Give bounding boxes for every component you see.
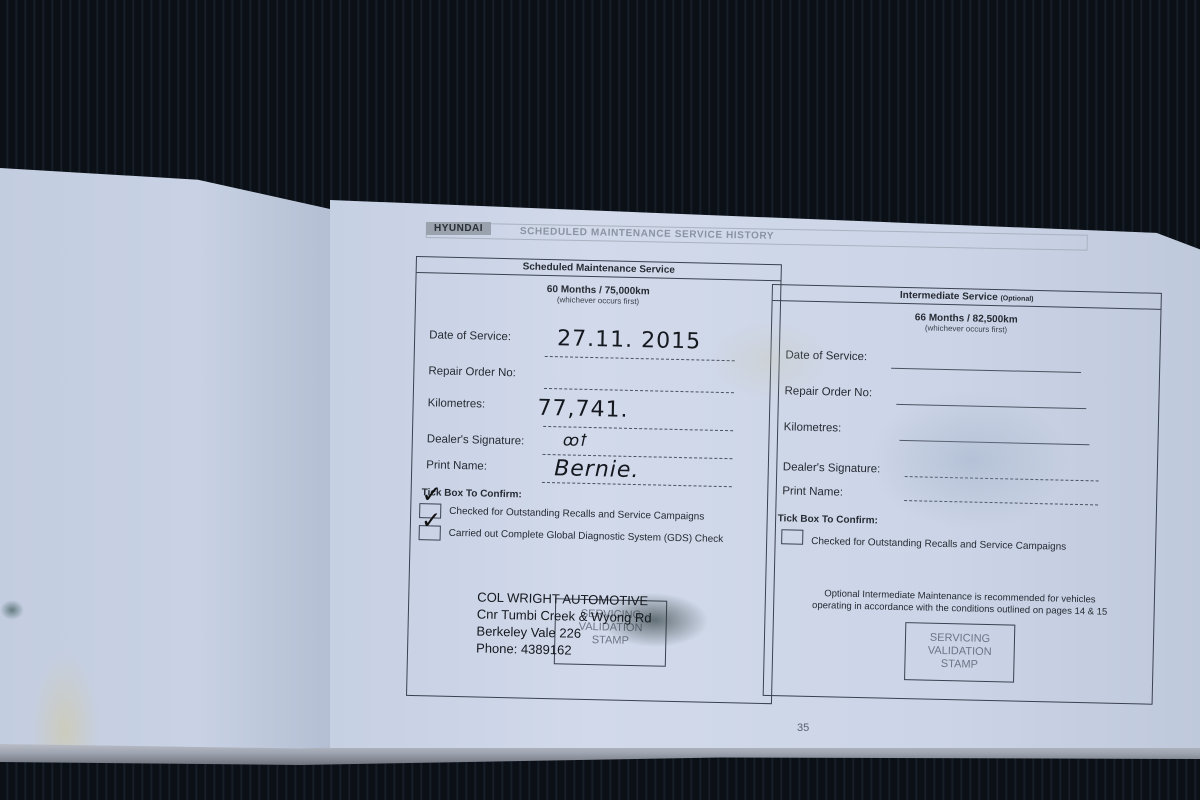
checkbox-gds-label: Carried out Complete Global Diagnostic S… <box>449 528 724 545</box>
page-number: 35 <box>797 722 809 734</box>
int-field-print-name-label: Print Name: <box>782 485 843 498</box>
field-km-label: Kilometres: <box>428 397 486 410</box>
field-date-value[interactable]: 27.11. 2015 <box>557 326 701 354</box>
checkmark-icon: ✓ <box>421 509 442 533</box>
scheduled-service-title: Scheduled Maintenance Service <box>417 257 781 281</box>
water-stain <box>30 650 100 750</box>
field-date-line <box>545 356 735 361</box>
int-checkbox-recalls[interactable] <box>781 529 803 544</box>
field-km-value[interactable]: 77,741. <box>537 396 629 423</box>
int-tick-box-title: Tick Box To Confirm: <box>778 513 878 526</box>
field-signature-label: Dealer's Signature: <box>427 433 525 447</box>
intermediate-service-title: Intermediate Service (Optional) <box>773 285 1161 310</box>
dealer-stamp: COL WRIGHT AUTOMOTIVE Cnr Tumbi Creek & … <box>476 588 652 660</box>
dealer-phone: Phone: 4389162 <box>476 639 651 660</box>
int-field-signature-label: Dealer's Signature: <box>783 461 881 475</box>
intermediate-title-text: Intermediate Service <box>900 290 998 303</box>
field-repair-order-line[interactable] <box>544 388 734 393</box>
service-history-sheet: HYUNDAI SCHEDULED MAINTENANCE SERVICE HI… <box>330 200 1200 748</box>
intermediate-note: Optional Intermediate Maintenance is rec… <box>768 587 1152 620</box>
field-date-label: Date of Service: <box>429 329 511 343</box>
scheduled-service-box: Scheduled Maintenance Service 60 Months … <box>406 256 782 704</box>
field-print-name-label: Print Name: <box>426 459 487 472</box>
brand-label: HYUNDAI <box>426 222 491 235</box>
ink-smudge <box>0 600 24 620</box>
int-validation-stamp-box: SERVICING VALIDATION STAMP <box>904 622 1015 682</box>
int-field-date-line[interactable] <box>891 368 1081 373</box>
water-stain <box>710 320 830 400</box>
checkmark-icon: ✓ <box>421 483 442 507</box>
int-field-km-label: Kilometres: <box>784 421 842 434</box>
dealer-signature[interactable]: ꝏꝉ <box>563 430 589 450</box>
int-checkbox-recalls-label: Checked for Outstanding Recalls and Serv… <box>811 536 1066 553</box>
stamp-line: STAMP <box>905 657 1013 672</box>
checkbox-recalls-label: Checked for Outstanding Recalls and Serv… <box>449 506 704 523</box>
intermediate-title-suffix: (Optional) <box>1000 295 1033 303</box>
field-repair-order-label: Repair Order No: <box>428 365 516 379</box>
field-print-name-value[interactable]: Bernie. <box>554 456 640 483</box>
water-stain <box>870 390 1070 530</box>
